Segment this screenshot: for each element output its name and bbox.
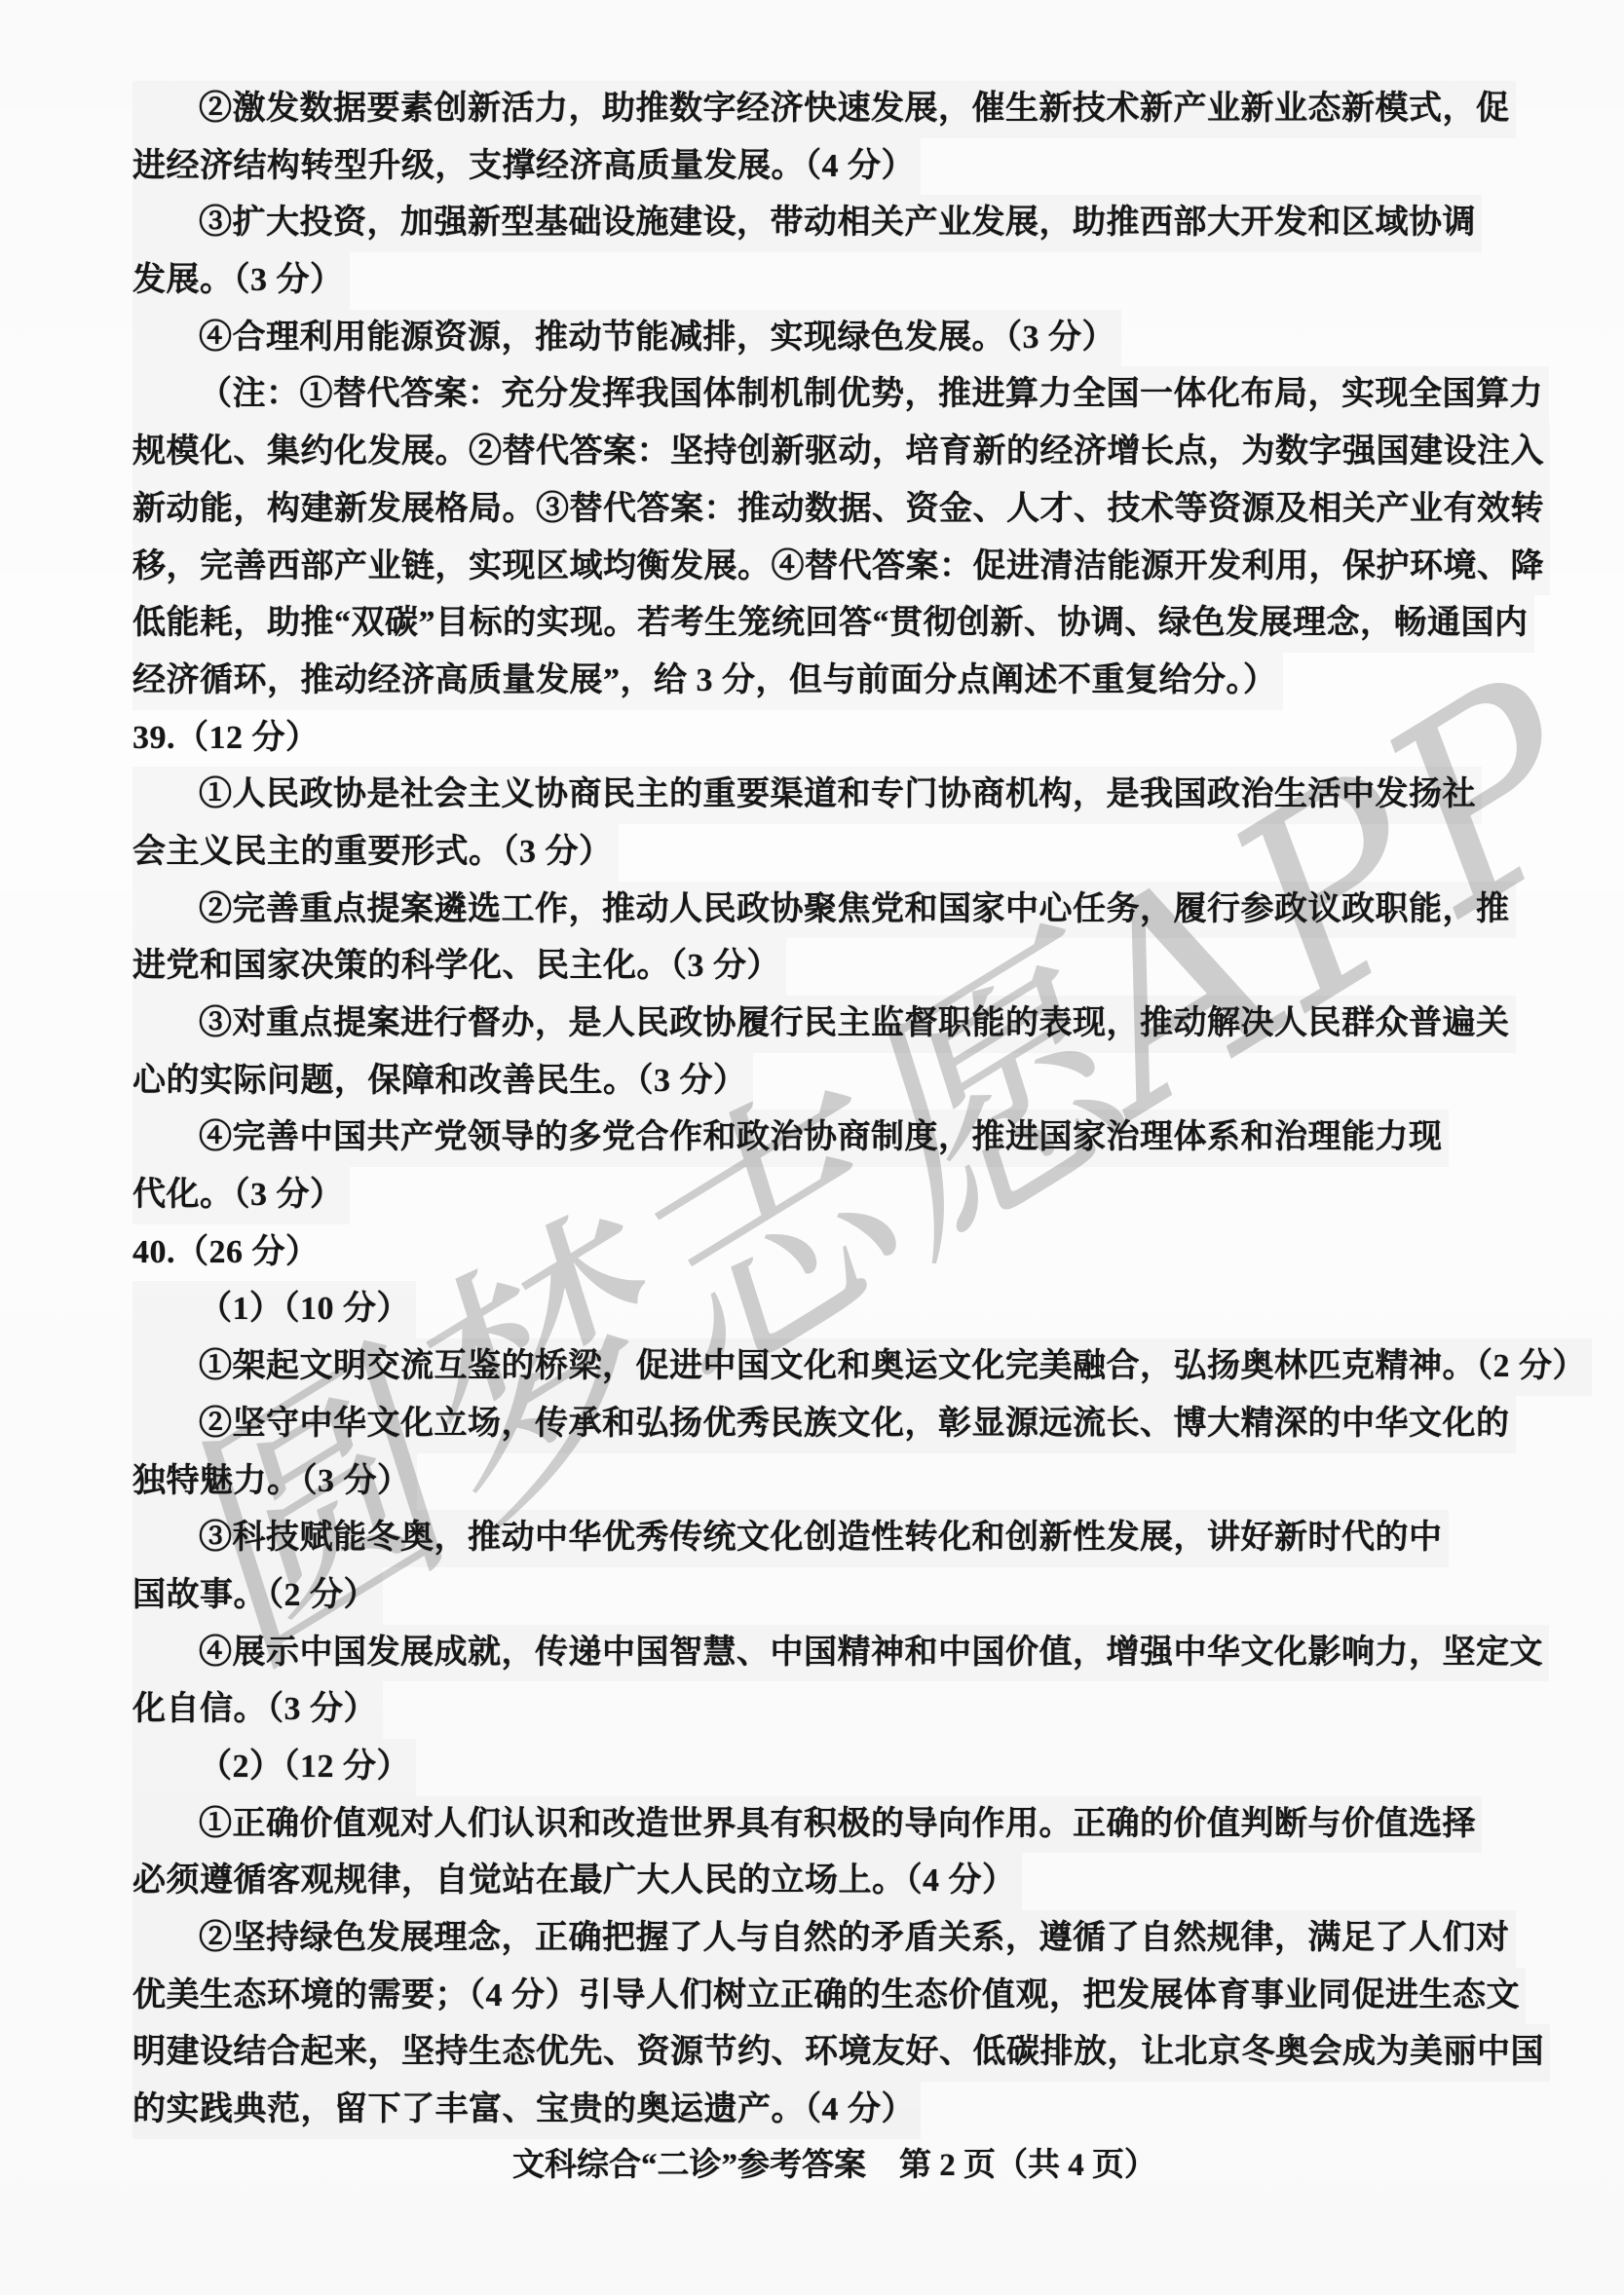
note-line: 规模化、集约化发展。②替代答案：坚持创新驱动，培育新的经济增长点，为数字强国建设… [132,424,1550,481]
answer-line: ①正确价值观对人们认识和改造世界具有积极的导向作用。正确的价值判断与价值选择 [132,1796,1482,1854]
answer-line: 进经济结构转型升级，支撑经济高质量发展。（4 分） [132,138,921,196]
answer-content: ②激发数据要素创新活力，助推数字经济快速发展，催生新技术新产业新业态新模式，促 … [132,81,1516,2139]
page-footer: 文科综合“二诊”参考答案第 2 页（共 4 页） [0,2139,1624,2185]
note-line: 低能耗，助推“双碳”目标的实现。若考生笼统回答“贯彻创新、协调、绿色发展理念，畅… [132,595,1534,653]
answer-line: 的实践典范，留下了丰富、宝贵的奥运遗产。（4 分） [132,2082,921,2139]
answer-line: 优美生态环境的需要；（4 分）引导人们树立正确的生态价值观，把发展体育事业同促进… [132,1968,1526,2025]
answer-line: 发展。（3 分） [132,252,350,310]
note-line: 移，完善西部产业链，实现区域均衡发展。④替代答案：促进清洁能源开发利用，保护环境… [132,539,1550,596]
question-40-heading: 40.（26 分） [132,1224,325,1282]
subquestion-1-heading: （1）（10 分） [132,1281,416,1338]
answer-line: 明建设结合起来，坚持生态优先、资源节约、环境友好、低碳排放，让北京冬奥会成为美丽… [132,2024,1550,2082]
answer-line: 会主义民主的重要形式。（3 分） [132,824,619,882]
note-line: 经济循环，推动经济高质量发展”，给 3 分，但与前面分点阐述不重复给分。） [132,653,1283,710]
answer-line: 化自信。（3 分） [132,1681,383,1739]
answer-line: ②完善重点提案遴选工作，推动人民政协聚焦党和国家中心任务，履行参政议政职能，推 [132,882,1516,939]
answer-line: 进党和国家决策的科学化、民主化。（3 分） [132,938,786,996]
footer-title: 文科综合“二诊”参考答案 [512,2148,866,2183]
answer-line: ③扩大投资，加强新型基础设施建设，带动相关产业发展，助推西部大开发和区域协调 [132,195,1482,252]
answer-line: 必须遵循客观规律，自觉站在最广大人民的立场上。（4 分） [132,1853,1022,1910]
answer-line: ④完善中国共产党领导的多党合作和政治协商制度，推进国家治理体系和治理能力现 [132,1110,1449,1167]
note-line: 新动能，构建新发展格局。③替代答案：推动数据、资金、人才、技术等资源及相关产业有… [132,481,1550,539]
footer-page-number: 第 2 页（共 4 页） [899,2148,1156,2183]
answer-line: ③对重点提案进行督办，是人民政协履行民主监督职能的表现，推动解决人民群众普遍关 [132,996,1516,1053]
answer-line: ③科技赋能冬奥，推动中华优秀传统文化创造性转化和创新性发展，讲好新时代的中 [132,1510,1449,1567]
answer-line: ①架起文明交流互鉴的桥梁，促进中国文化和奥运文化完美融合，弘扬奥林匹克精神。（2… [132,1338,1592,1396]
answer-line: ②激发数据要素创新活力，助推数字经济快速发展，催生新技术新产业新业态新模式，促 [132,81,1516,138]
answer-line: 代化。（3 分） [132,1167,350,1224]
subquestion-2-heading: （2）（12 分） [132,1739,416,1796]
scanned-answer-page: 圆梦志愿APP ②激发数据要素创新活力，助推数字经济快速发展，催生新技术新产业新… [0,0,1624,2295]
answer-line: ①人民政协是社会主义协商民主的重要渠道和专门协商机构，是我国政治生活中发扬社 [132,767,1482,824]
answer-line: ④合理利用能源资源，推动节能减排，实现绿色发展。（3 分） [132,310,1121,367]
note-line: （注：①替代答案：充分发挥我国体制机制优势，推进算力全国一体化布局，实现全国算力 [132,366,1549,424]
answer-line: ②坚持绿色发展理念，正确把握了人与自然的矛盾关系，遵循了自然规律，满足了人们对 [132,1910,1516,1968]
answer-line: ②坚守中华文化立场，传承和弘扬优秀民族文化，彰显源远流长、博大精深的中华文化的 [132,1396,1516,1453]
question-39-heading: 39.（12 分） [132,710,325,768]
answer-line: 独特魅力。（3 分） [132,1453,417,1511]
answer-line: 国故事。（2 分） [132,1567,383,1625]
answer-line: ④展示中国发展成就，传递中国智慧、中国精神和中国价值，增强中华文化影响力，坚定文 [132,1625,1549,1682]
answer-line: 心的实际问题，保障和改善民生。（3 分） [132,1053,753,1110]
